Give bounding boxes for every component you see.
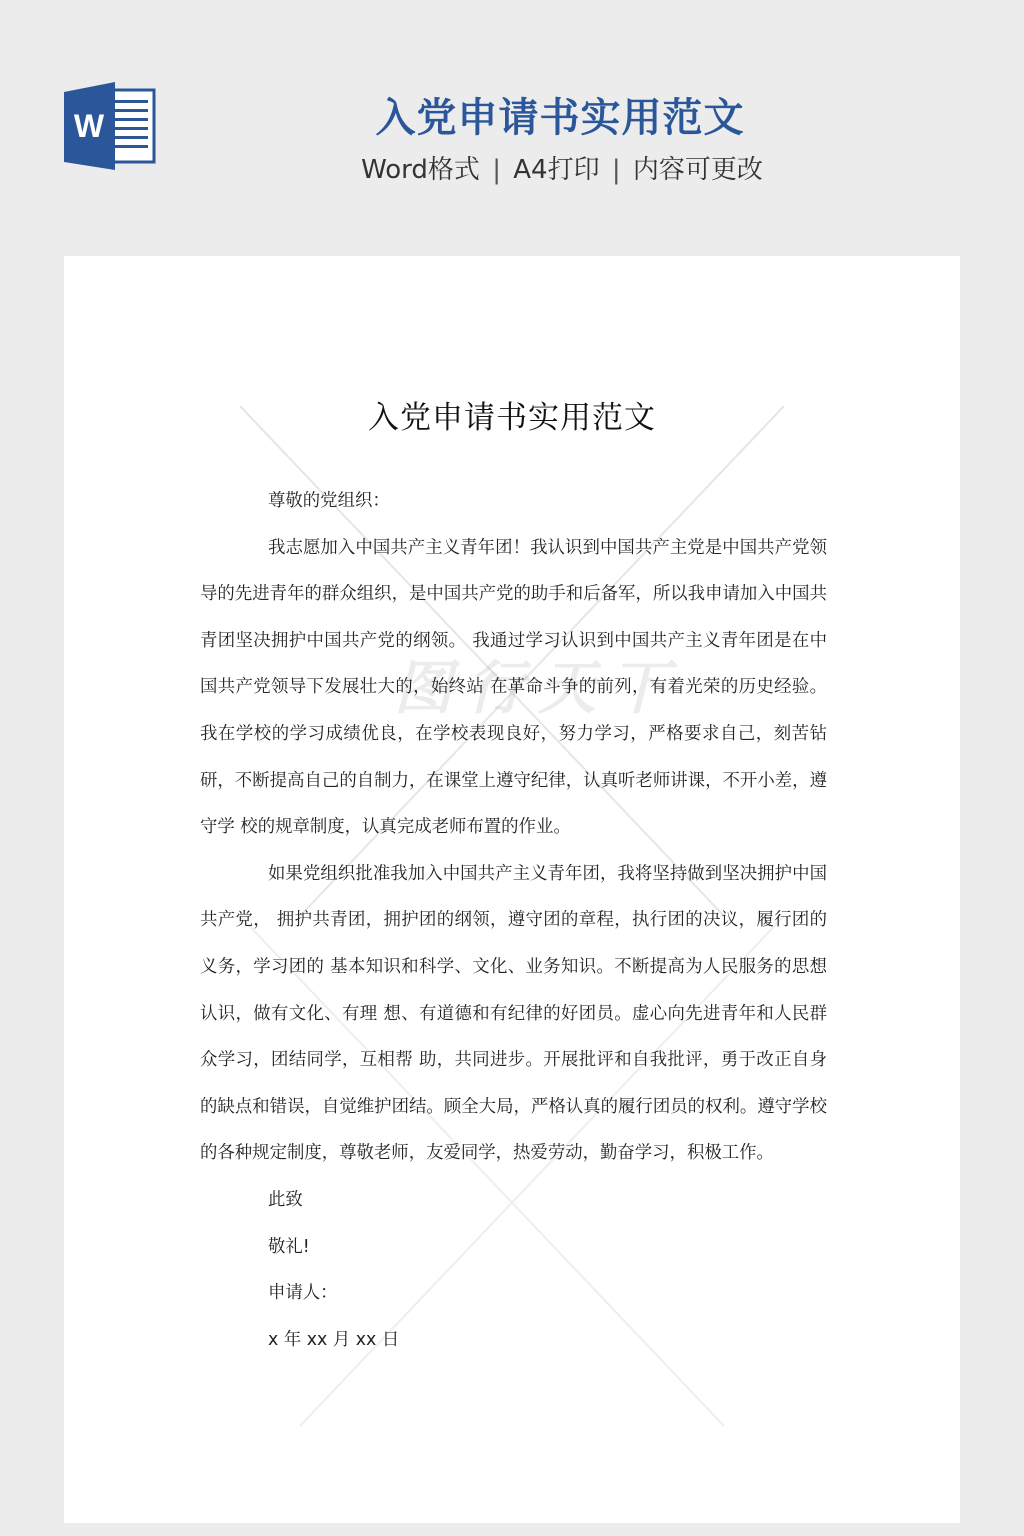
header-title: 入党申请书实用范文: [0, 92, 1024, 144]
preview-header: W 入党申请书实用范文 Word格式 | A4打印 | 内容可更改: [0, 0, 1024, 256]
closing-regards: 敬礼!: [200, 1224, 827, 1271]
separator: |: [608, 155, 625, 185]
document-page: 图行天下 入党申请书实用范文 尊敬的党组织： 我志愿加入中国共产主义青年团！我认…: [64, 256, 960, 1523]
document-title: 入党申请书实用范文: [64, 396, 960, 440]
format-label: Word格式: [361, 155, 480, 185]
signature-date: x 年 xx 月 xx 日: [200, 1317, 827, 1364]
print-label: A4打印: [513, 155, 599, 185]
applicant-label: 申请人：: [200, 1270, 827, 1317]
header-subtitle: Word格式 | A4打印 | 内容可更改: [0, 152, 1024, 188]
salutation: 尊敬的党组织：: [200, 478, 827, 525]
separator: |: [488, 155, 505, 185]
paragraph: 如果党组织批准我加入中国共产主义青年团，我将坚持做到坚决拥护中国共产党， 拥护共…: [200, 851, 827, 1177]
closing-line: 此致: [200, 1177, 827, 1224]
paragraph: 我志愿加入中国共产主义青年团！我认识到中国共产主党是中国共产党领导的先进青年的群…: [200, 525, 827, 851]
document-body: 尊敬的党组织： 我志愿加入中国共产主义青年团！我认识到中国共产主党是中国共产党领…: [200, 478, 827, 1363]
editable-label: 内容可更改: [633, 155, 763, 185]
